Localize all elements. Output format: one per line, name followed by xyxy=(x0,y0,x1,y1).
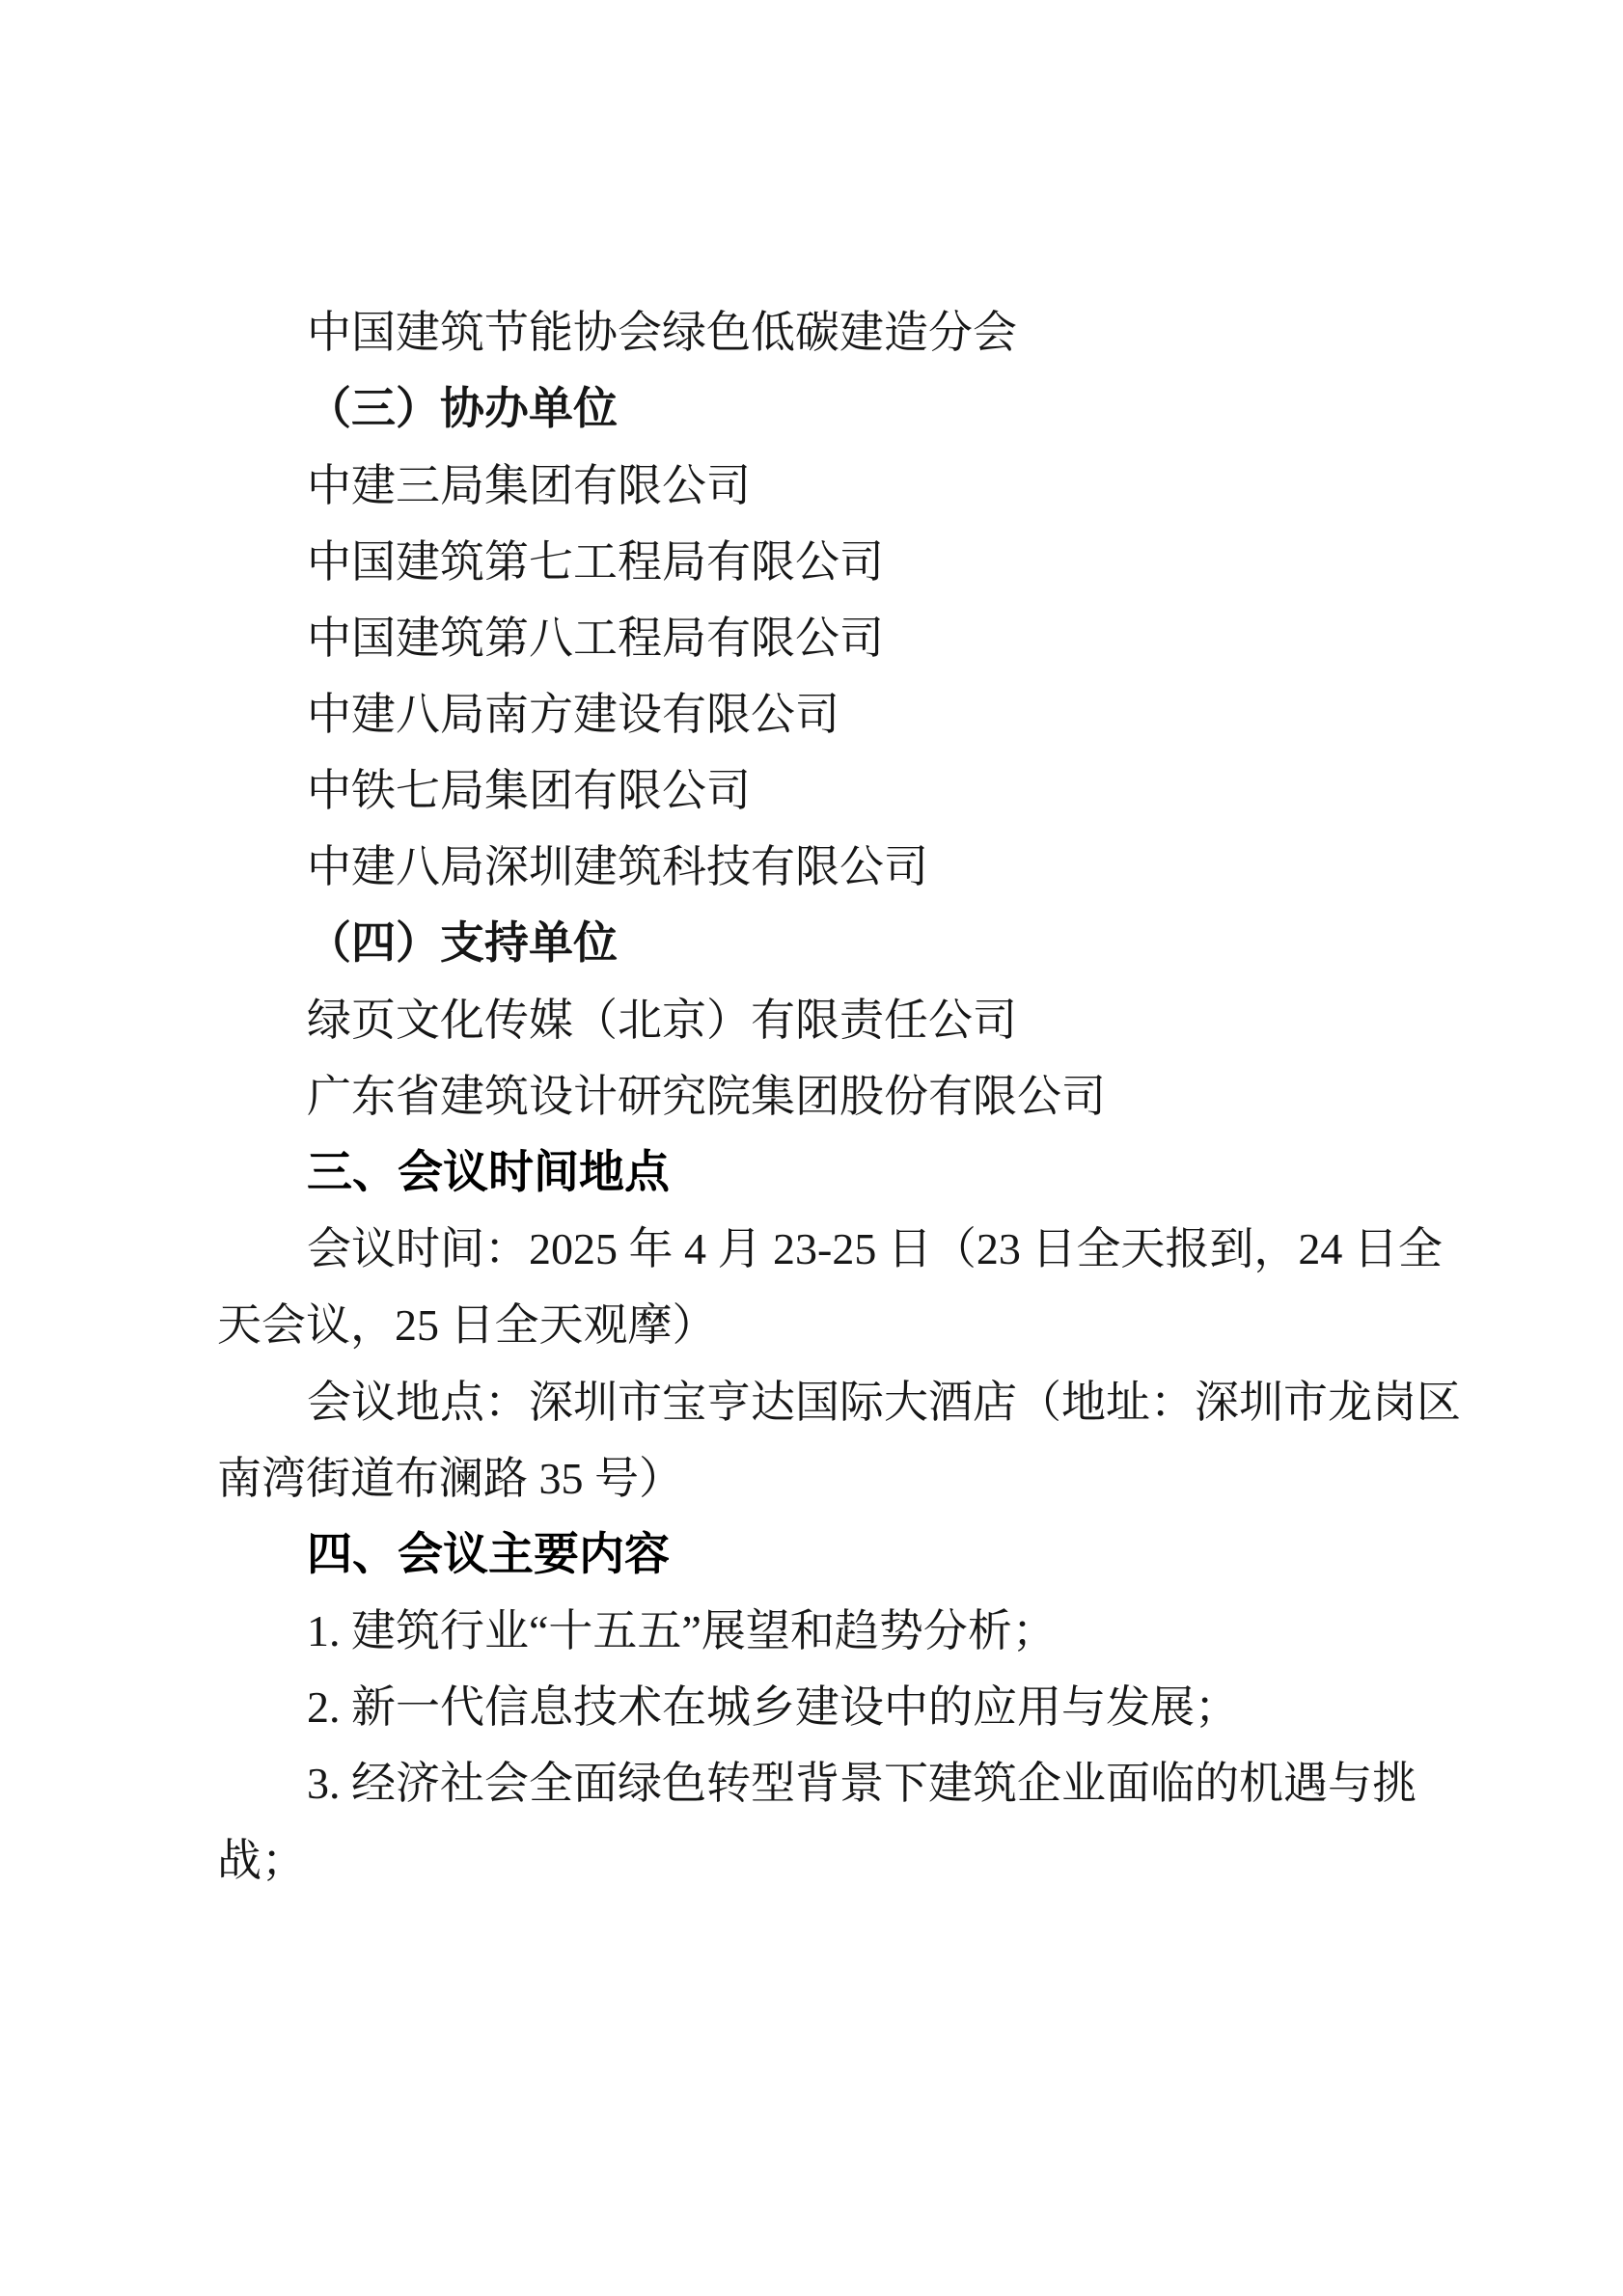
document-page: 中国建筑节能协会绿色低碳建造分会 （三）协办单位 中建三局集团有限公司 中国建筑… xyxy=(0,0,1623,2296)
subsection-heading-supporters: （四）支持单位 xyxy=(217,905,1407,981)
supporter-name-line: 绿页文化传媒（北京）有限责任公司 xyxy=(217,982,1407,1058)
agenda-item-line: 3. 经济社会全面绿色转型背景下建筑企业面临的机遇与挑 xyxy=(217,1745,1407,1821)
co-organizer-name-line: 中国建筑第八工程局有限公司 xyxy=(217,600,1407,676)
meeting-location-line: 会议地点：深圳市宝亨达国际大酒店（地址：深圳市龙岗区 xyxy=(217,1364,1407,1440)
meeting-time-line: 会议时间：2025 年 4 月 23-25 日（23 日全天报到，24 日全 xyxy=(217,1211,1407,1287)
section-heading-agenda: 四、会议主要内容 xyxy=(217,1517,1407,1593)
organizer-name-line: 中国建筑节能协会绿色低碳建造分会 xyxy=(217,294,1407,370)
meeting-time-continuation-line: 天会议，25 日全天观摩） xyxy=(217,1287,1407,1363)
agenda-item-continuation-line: 战； xyxy=(217,1822,1407,1899)
section-heading-time-location: 三、会议时间地点 xyxy=(217,1134,1407,1211)
co-organizer-name-line: 中建八局深圳建筑科技有限公司 xyxy=(217,829,1407,905)
co-organizer-name-line: 中国建筑第七工程局有限公司 xyxy=(217,524,1407,600)
agenda-item-line: 2. 新一代信息技术在城乡建设中的应用与发展； xyxy=(217,1669,1407,1745)
co-organizer-name-line: 中铁七局集团有限公司 xyxy=(217,752,1407,829)
supporter-name-line: 广东省建筑设计研究院集团股份有限公司 xyxy=(217,1058,1407,1134)
co-organizer-name-line: 中建八局南方建设有限公司 xyxy=(217,676,1407,752)
meeting-location-continuation-line: 南湾街道布澜路 35 号） xyxy=(217,1440,1407,1517)
co-organizer-name-line: 中建三局集团有限公司 xyxy=(217,448,1407,524)
subsection-heading-co-organizers: （三）协办单位 xyxy=(217,370,1407,447)
agenda-item-line: 1. 建筑行业“十五五”展望和趋势分析； xyxy=(217,1593,1407,1669)
